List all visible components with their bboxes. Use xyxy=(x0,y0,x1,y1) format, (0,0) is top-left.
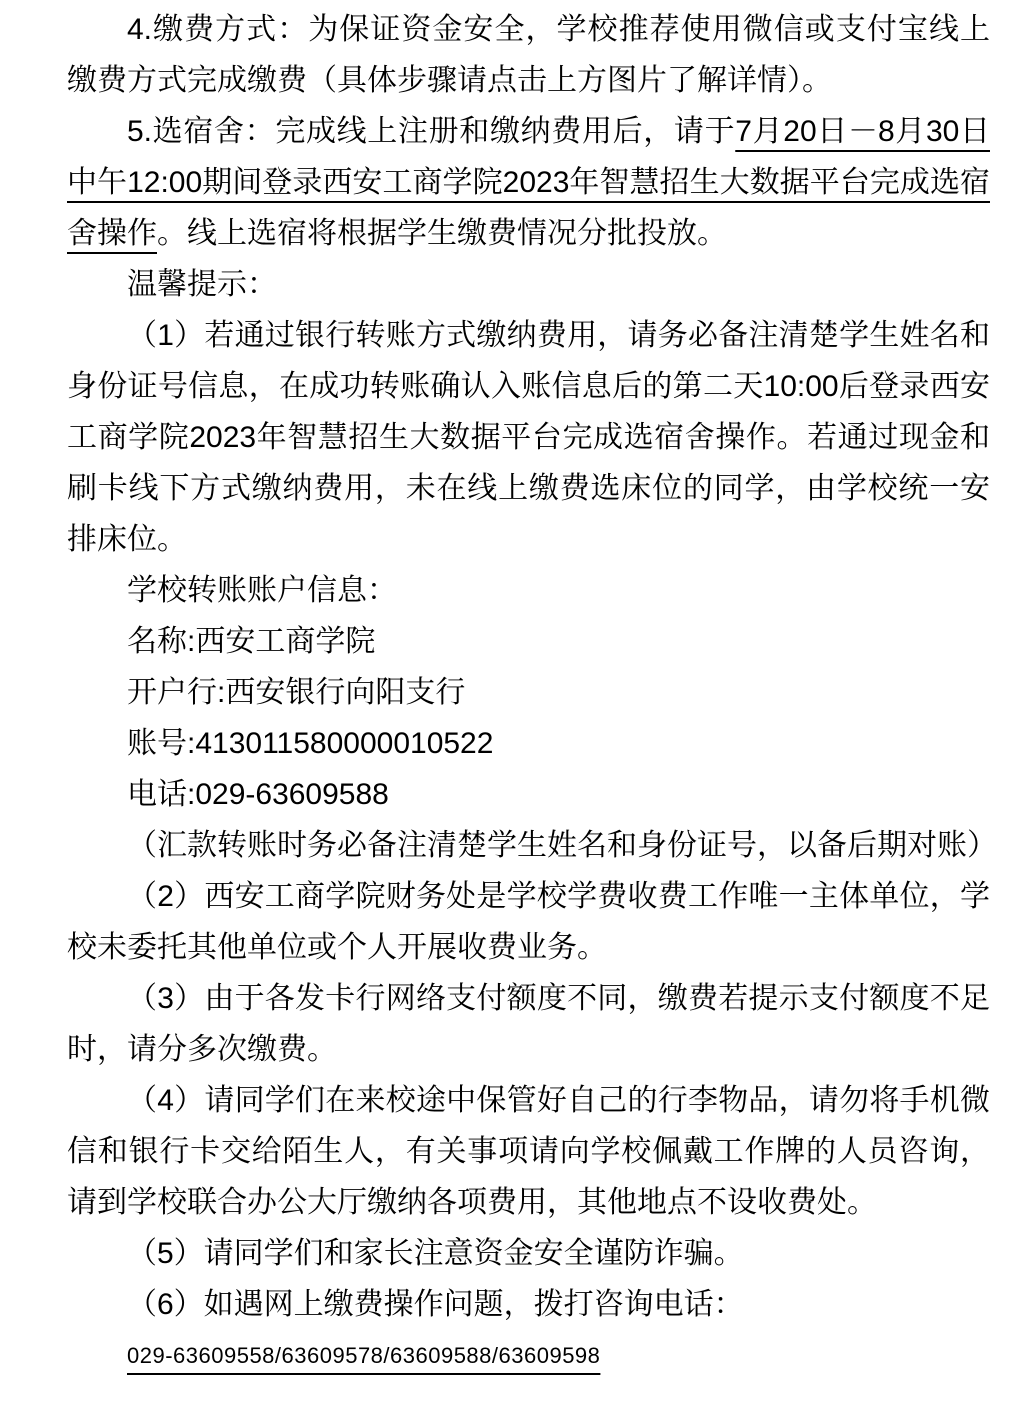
paragraph-tip-3: （3）由于各发卡行网络支付额度不同，缴费若提示支付额度不足时，请分多次缴费。 xyxy=(67,973,990,1075)
paragraph-tip-1: （1）若通过银行转账方式缴纳费用，请务必备注清楚学生姓名和身份证号信息，在成功转… xyxy=(67,310,990,565)
paragraph-account-bank: 开户行:西安银行向阳支行 xyxy=(67,667,990,718)
underlined-hotline-numbers: 029-63609558/63609578/63609588/63609598 xyxy=(127,1343,600,1368)
paragraph-tip-4: （4）请同学们在来校途中保管好自己的行李物品，请勿将手机微信和银行卡交给陌生人，… xyxy=(67,1075,990,1228)
text-run: 学校转账账户信息： xyxy=(127,574,397,607)
text-run: 电话:029-63609588 xyxy=(127,778,389,811)
text-run: （2）西安工商学院财务处是学校学费收费工作唯一主体单位，学校未委托其他单位或个人… xyxy=(67,880,990,964)
paragraph-transfer-note: （汇款转账时务必备注清楚学生姓名和身份证号，以备后期对账） xyxy=(67,820,990,871)
paragraph-account-name: 名称:西安工商学院 xyxy=(67,616,990,667)
paragraph-dorm-selection: 5.选宿舍：完成线上注册和缴纳费用后，请于7月20日－8月30日中午12:00期… xyxy=(67,106,990,259)
text-run: （6）如遇网上缴费操作问题，拨打咨询电话： xyxy=(127,1288,744,1321)
text-run: （4）请同学们在来校途中保管好自己的行李物品，请勿将手机微信和银行卡交给陌生人，… xyxy=(67,1084,990,1219)
paragraph-tip-6: （6）如遇网上缴费操作问题，拨打咨询电话： xyxy=(67,1279,990,1330)
text-run: 账号:413011580000010522 xyxy=(127,727,493,760)
paragraph-hotline-numbers: 029-63609558/63609578/63609588/63609598 xyxy=(67,1330,990,1381)
text-run: 名称:西安工商学院 xyxy=(127,625,375,658)
text-run: 温馨提示： xyxy=(127,268,277,301)
text-run: （5）请同学们和家长注意资金安全谨防诈骗。 xyxy=(127,1237,744,1270)
paragraph-tip-2: （2）西安工商学院财务处是学校学费收费工作唯一主体单位，学校未委托其他单位或个人… xyxy=(67,871,990,973)
text-run: （1）若通过银行转账方式缴纳费用，请务必备注清楚学生姓名和身份证号信息，在成功转… xyxy=(67,319,990,556)
paragraph-tips-heading: 温馨提示： xyxy=(67,259,990,310)
text-run: （3）由于各发卡行网络支付额度不同，缴费若提示支付额度不足时，请分多次缴费。 xyxy=(67,982,990,1066)
text-run: 4.缴费方式：为保证资金安全，学校推荐使用微信或支付宝线上缴费方式完成缴费（具体… xyxy=(67,13,990,97)
paragraph-account-number: 账号:413011580000010522 xyxy=(67,718,990,769)
notice-document-page: 4.缴费方式：为保证资金安全，学校推荐使用微信或支付宝线上缴费方式完成缴费（具体… xyxy=(0,0,1036,1415)
paragraph-payment-method: 4.缴费方式：为保证资金安全，学校推荐使用微信或支付宝线上缴费方式完成缴费（具体… xyxy=(67,4,990,106)
paragraph-tip-5: （5）请同学们和家长注意资金安全谨防诈骗。 xyxy=(67,1228,990,1279)
text-run: 。线上选宿将根据学生缴费情况分批投放。 xyxy=(157,217,727,250)
text-run: 5.选宿舍：完成线上注册和缴纳费用后，请于 xyxy=(127,115,735,148)
paragraph-account-phone: 电话:029-63609588 xyxy=(67,769,990,820)
paragraph-account-info-heading: 学校转账账户信息： xyxy=(67,565,990,616)
text-run: 开户行:西安银行向阳支行 xyxy=(127,676,465,709)
text-run: （汇款转账时务必备注清楚学生姓名和身份证号，以备后期对账） xyxy=(127,829,997,862)
